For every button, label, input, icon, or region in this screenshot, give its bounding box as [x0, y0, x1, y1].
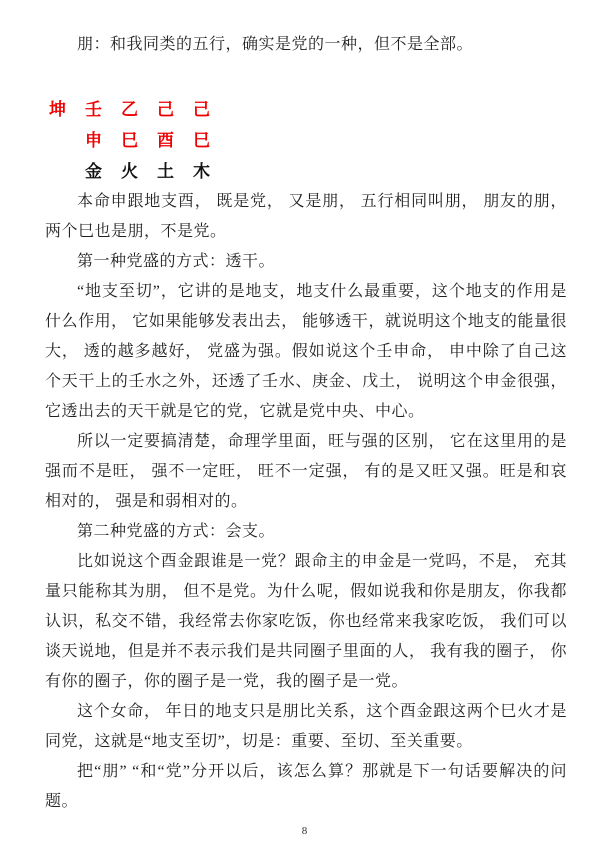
bazi-stem-char: 己 — [157, 94, 193, 125]
bazi-branches-row: 申 巳 酉 巳 — [85, 125, 567, 156]
bazi-branch-char: 酉 — [157, 125, 193, 156]
page-number: 8 — [0, 825, 609, 837]
body-paragraph: 比如说这个酉金跟谁是一党？跟命主的申金是一党吗，不是， 充其量只能称其为朋， 但… — [45, 547, 567, 697]
body-paragraph: 这个女命， 年日的地支只是朋比关系，这个酉金跟这两个巳火才是同党，这就是“地支至… — [45, 697, 567, 757]
body-paragraph: 第一种党盛的方式：透干。 — [45, 247, 567, 277]
bazi-gender-label: 坤 — [49, 94, 85, 125]
body-paragraph: 所以一定要搞清楚，命理学里面，旺与强的区别， 它在这里用的是强而不是旺， 强不一… — [45, 427, 567, 517]
body-paragraph: 把“朋” “和“党”分开以后，该怎么算？那就是下一句话要解决的问题。 — [45, 757, 567, 817]
document-page: 朋：和我同类的五行，确实是党的一种，但不是全部。 坤 壬 乙 己 己 申 巳 酉… — [0, 0, 609, 857]
bazi-stem-char: 乙 — [121, 94, 157, 125]
bazi-element-char: 土 — [157, 156, 193, 187]
bazi-elements-row: 金 火 土 木 — [85, 156, 567, 187]
body-paragraph: 本命申跟地支酉， 既是党， 又是朋， 五行相同叫朋， 朋友的朋，两个巳也是朋，不… — [45, 187, 567, 247]
bazi-stem-char: 壬 — [85, 94, 121, 125]
bazi-stems-row: 坤 壬 乙 己 己 — [49, 94, 567, 125]
body-paragraph: “地支至切”，它讲的是地支，地支什么最重要，这个地支的作用是什么作用， 它如果能… — [45, 277, 567, 427]
bazi-branch-char: 巳 — [193, 125, 229, 156]
body-paragraph: 第二种党盛的方式：会支。 — [45, 517, 567, 547]
bazi-stem-char: 己 — [193, 94, 229, 125]
bazi-branch-char: 巳 — [121, 125, 157, 156]
bazi-element-char: 木 — [193, 156, 229, 187]
bazi-branch-char: 申 — [85, 125, 121, 156]
bazi-element-char: 金 — [85, 156, 121, 187]
bazi-element-char: 火 — [121, 156, 157, 187]
bazi-chart: 坤 壬 乙 己 己 申 巳 酉 巳 金 火 土 木 — [49, 94, 567, 187]
intro-paragraph: 朋：和我同类的五行，确实是党的一种，但不是全部。 — [45, 30, 567, 60]
